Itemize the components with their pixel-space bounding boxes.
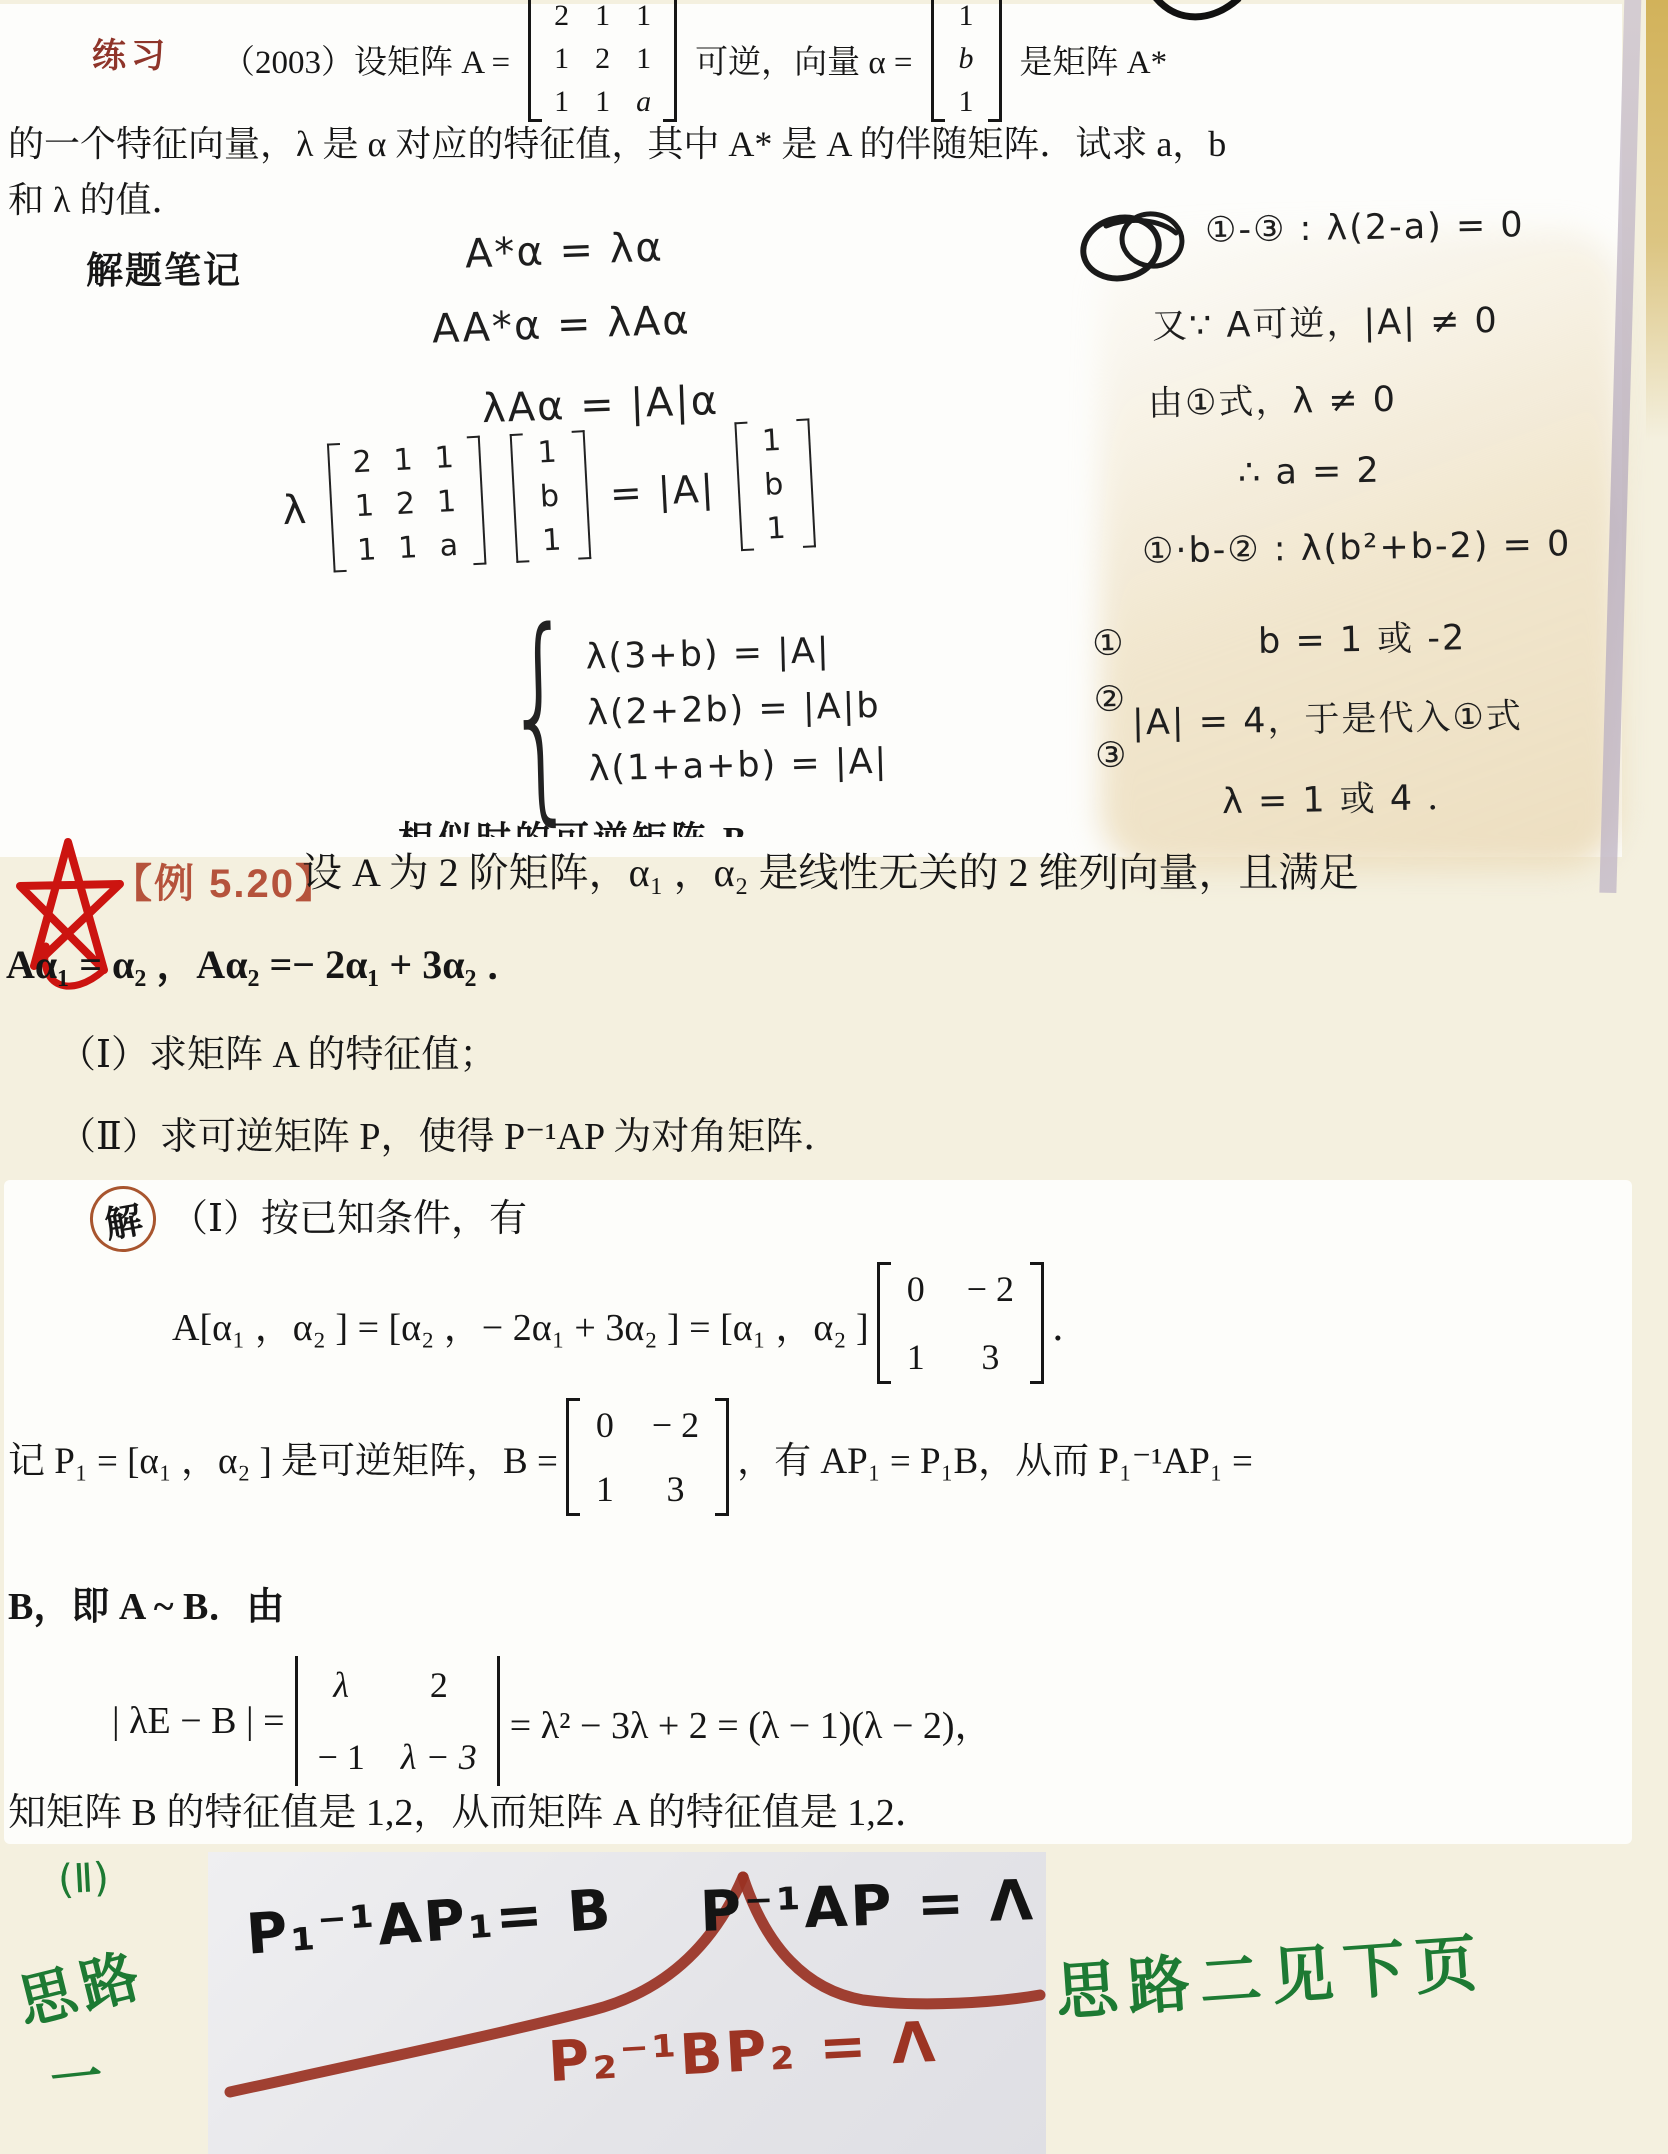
hw-vector-2: 1b1 [734,418,816,551]
hw-step1: A*α = λα [464,225,664,278]
pen-scribble [1076,198,1206,293]
exercise-mid-text: 可逆，向量 α = [695,36,912,83]
tag-3: ③ [1095,735,1129,776]
tag-1: ① [1092,623,1126,664]
silu-one-green-label: 一 [46,2033,106,2113]
hw-matrix-A: 211 121 11a [327,436,487,573]
side-line8: λ = 1 或 4 ． [1222,770,1465,824]
textbook-page-photo: 练习 （2003）设矩阵 A = 211 121 11a 可逆，向量 α = 1… [0,0,1668,2154]
matrix-A: 211 121 11a [528,0,677,122]
bracket-left [528,0,542,122]
board-right-equation: P⁻¹AP = Λ [699,1868,1037,1945]
notes-label: 解题笔记 [86,240,242,294]
matrix-B: 0− 2 13 [877,1262,1044,1384]
side-line2: 又∵ A可逆，|A| ≠ 0 [1152,293,1500,349]
exercise-label: 练习 [92,28,170,77]
side-line4: ∴ a = 2 [1238,451,1381,493]
side-line3: 由①式，λ ≠ 0 [1148,372,1398,426]
exercise-post-text: 是矩阵 A* [1020,36,1168,83]
exercise-line3: 和 λ 的值． [8,176,187,225]
example-intro: 设 A 为 2 阶矩阵，α₁ ，α₂ 是线性无关的 2 维列向量，且满足 [302,846,1662,900]
hw-lambda: λ [281,486,309,533]
vector-alpha: 1b1 [931,0,1002,122]
bracket-right [663,0,677,122]
solution-determinant-row: | λE − B | = λ2 − 1λ − 3 = λ² − 3λ + 2 =… [112,1656,993,1786]
solution-eq1: A[α₁ ，α₂ ] = [α₂ ，− 2α₁ + 3α₂ ] = [α₁ ，α… [172,1262,1090,1384]
exercise-intro-text: （2003）设矩阵 A = [222,36,510,83]
clipped-printed-line: 相似时的可逆矩阵 B [398,812,750,837]
example-part2: （Ⅱ）求可逆矩阵 P，使得 P⁻¹AP 为对角矩阵． [58,1112,841,1163]
next-page-green-note: 思路二见下页 [1052,1913,1489,2032]
solution-conclusion: 知矩阵 B 的特征值是 1,2，从而矩阵 A 的特征值是 1,2． [8,1788,933,1839]
tag-2: ② [1093,679,1127,720]
side-line1: ①-③ : λ(2-a) = 0 [1205,205,1525,251]
system-brace: { [502,614,580,816]
hw-eq-detA: = |A| [609,466,717,515]
silu-green-label: 思路 [8,1928,153,2040]
side-line7: |A| = 4，于是代入①式 [1132,689,1524,746]
example-part1: （Ⅰ）求矩阵 A 的特征值； [58,1030,497,1081]
determinant: λ2 − 1λ − 3 [295,1656,500,1786]
exercise-line2: 的一个特征向量，λ 是 α 对应的特征值，其中 A* 是 A 的伴随矩阵．试求 … [8,120,1608,169]
solution-line2: 记 P₁ = [α₁ ，α₂ ] 是可逆矩阵，B = 0− 2 13 ，有 AP… [8,1398,1628,1516]
side-line5: ①·b-② : λ(b²+b-2) = 0 [1142,524,1572,571]
hw-vector-1: 1b1 [510,430,592,563]
part2-green-label: (Ⅱ) [57,1855,110,1904]
side-line6: b = 1 或 -2 [1258,610,1467,664]
whiteboard-inset: P₁⁻¹AP₁= B P⁻¹AP = Λ P₂⁻¹BP₂ = Λ [208,1852,1046,2154]
desk-edge-strip [1646,0,1668,440]
exercise-problem-line: （2003）设矩阵 A = 211 121 11a 可逆，向量 α = 1b1 … [222,0,1167,118]
matrix-B-inline: 0− 2 13 [566,1398,729,1516]
hw-step2: AA*α = λAα [431,298,691,353]
solve-intro: （Ⅰ）按已知条件，有 [170,1194,527,1245]
solution-line3: B，即 A ~ B．由 [8,1582,284,1633]
example-relation: Aα₁ = α₂ ，Aα₂ =− 2α₁ + 3α₂ ． [6,938,527,992]
hw-equation-system: { λ(3+b) = |A|① λ(2+2b) = |A|b② λ(1+a+b)… [465,599,1129,816]
